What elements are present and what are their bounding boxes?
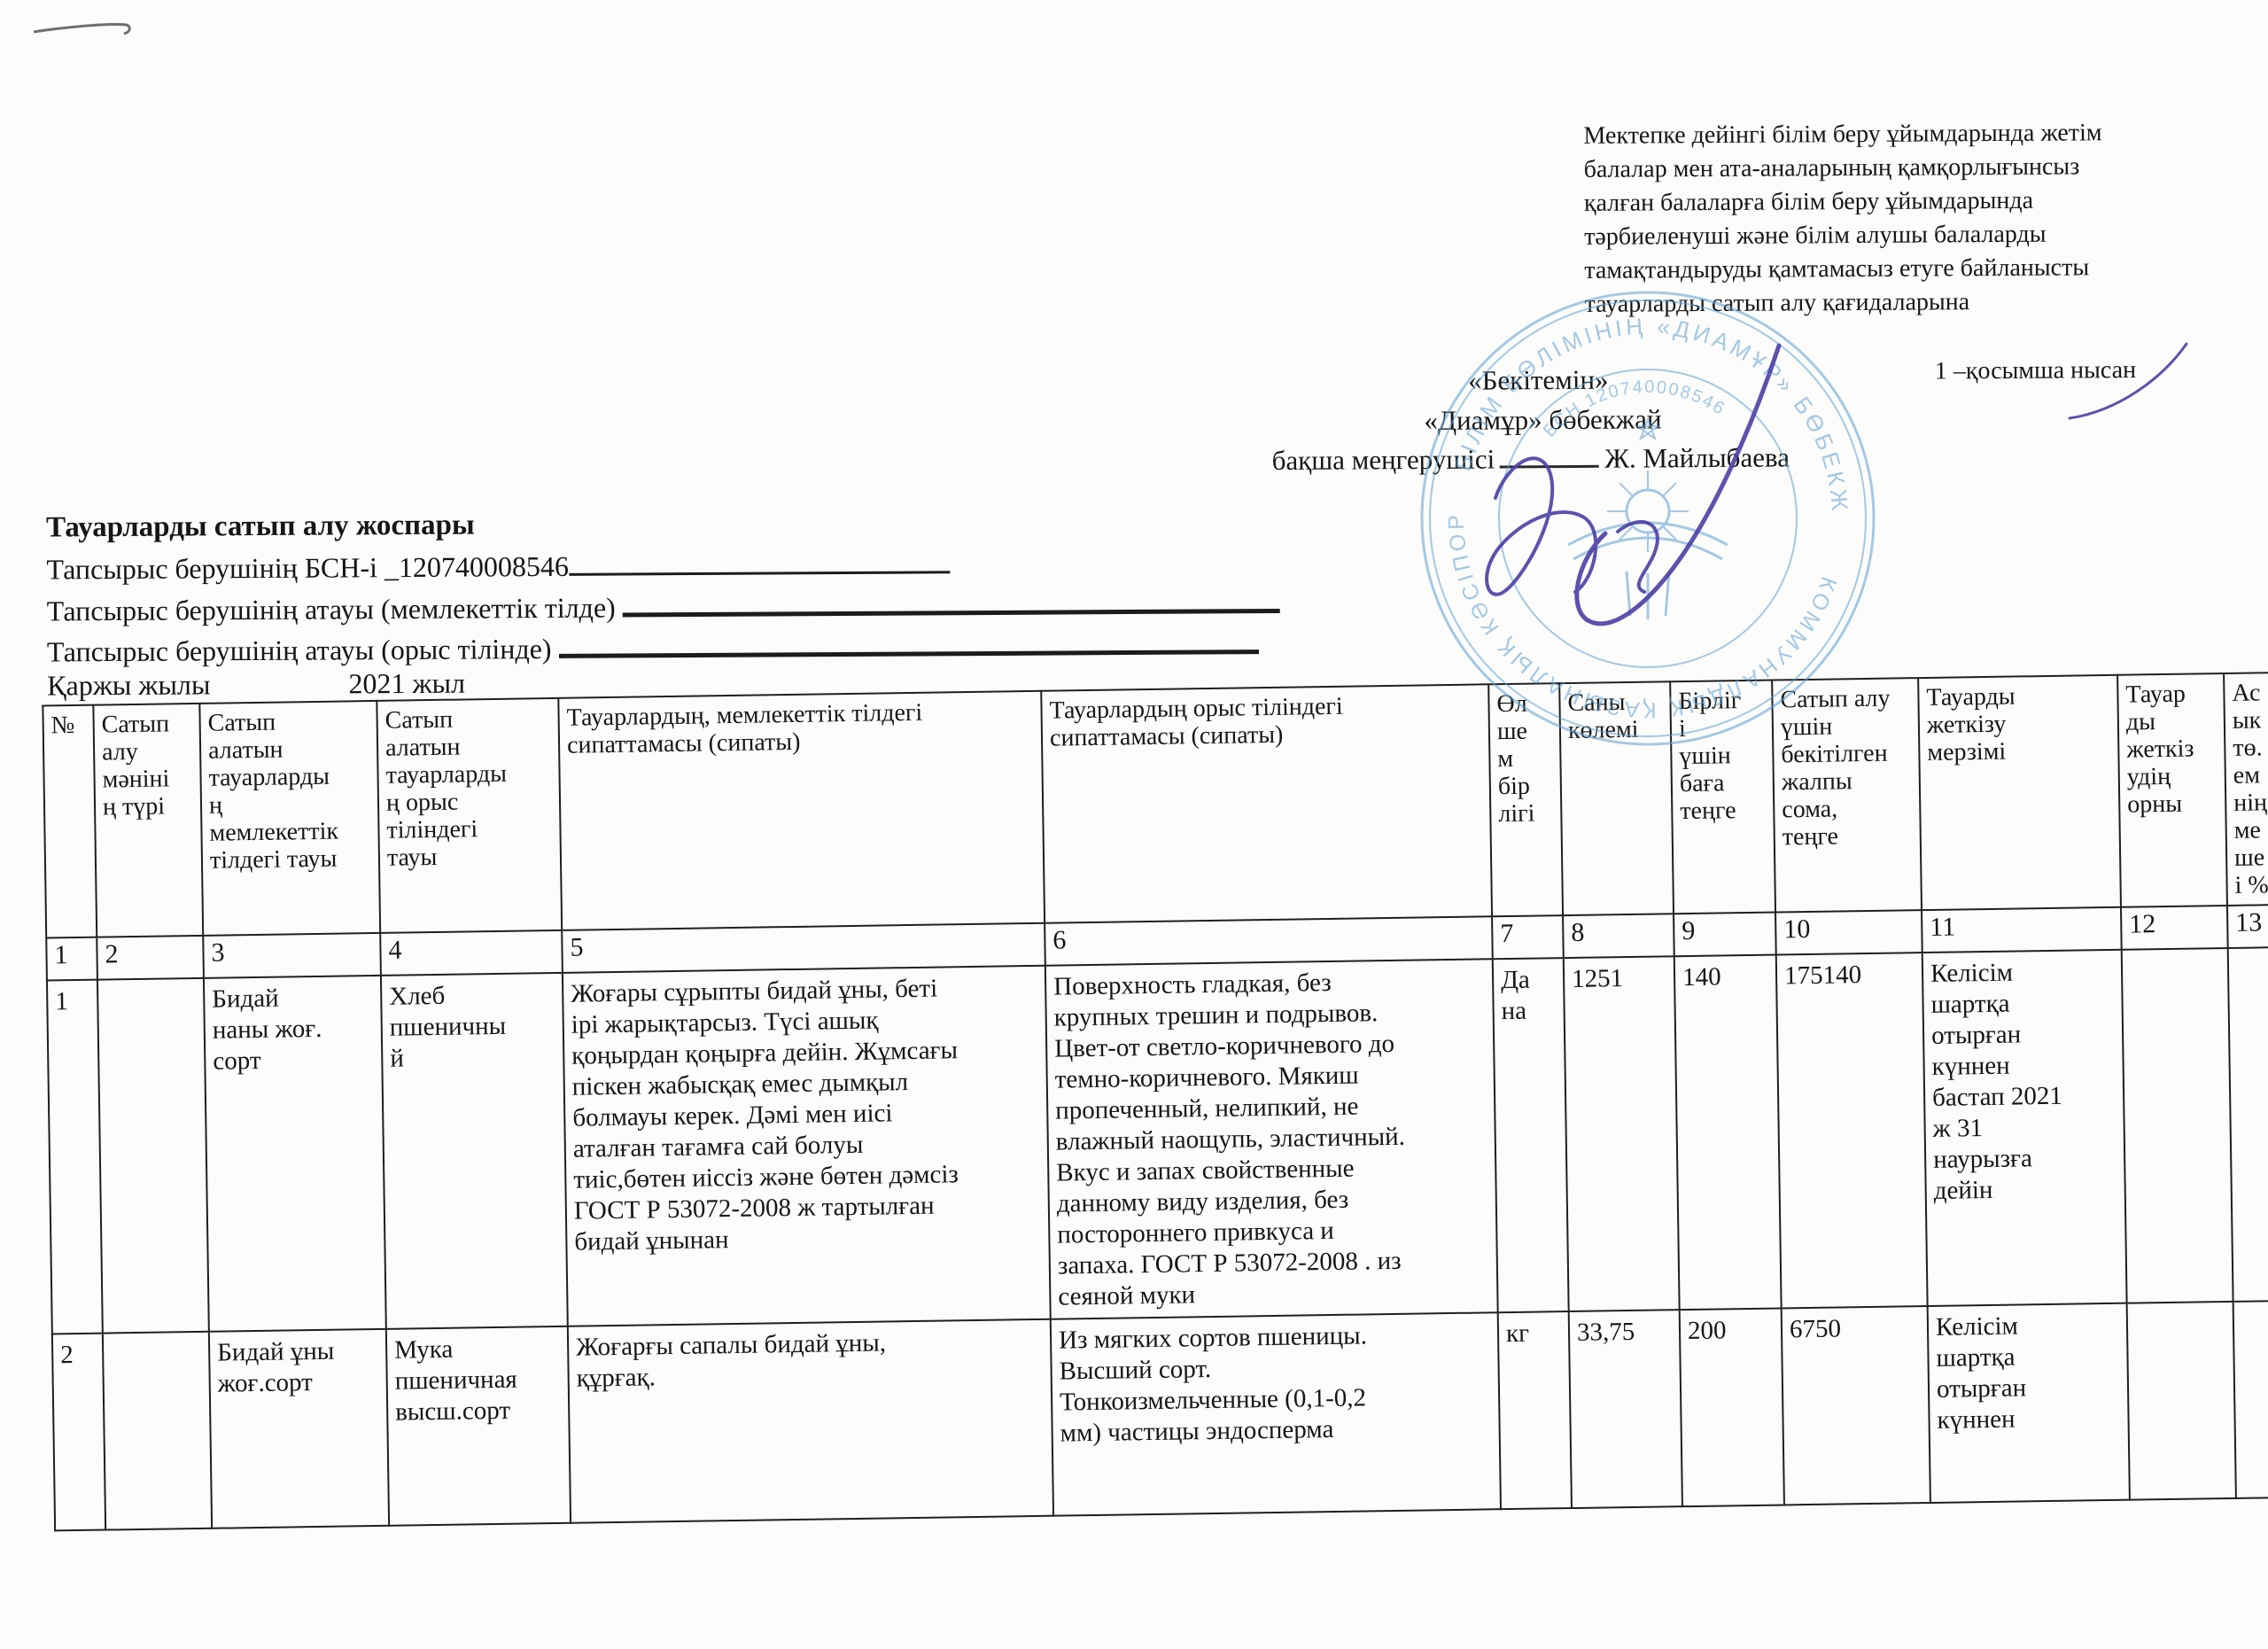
cell-description-kz: Жоғарғы сапалы бидай ұны, құрғақ. (568, 1319, 1053, 1523)
table-row: 1 Бидай наны жоғ. сорт Хлеб пшеничны й Ж… (47, 946, 2268, 1334)
customer-name-ru-label: Тапсырыс берушінің атауы (орыс тілінде) (47, 633, 552, 667)
cell-description-kz: Жоғары сұрыпты бидай ұны, беті ірі жарық… (563, 966, 1051, 1326)
cell-delivery-place (2122, 948, 2233, 1303)
table-header-row: № Сатып алу мәніні ң түрі Сатып алатын т… (43, 672, 2268, 938)
bsn-field: Тапсырыс берушінің БСН-і _120740008546 (46, 548, 950, 586)
bsn-label: Тапсырыс берушінің БСН-і (46, 551, 377, 585)
official-round-stamp: БІЛІМ БӨЛІМІНІҢ «ДИАМҰР» БӨБЕКЖАЙ КОММУН… (1409, 279, 1887, 758)
cell-advance (2228, 946, 2268, 1302)
customer-name-kz-field: Тапсырыс берушінің атауы (мемлекеттік ті… (47, 587, 1280, 627)
cell-delivery-term: Келісім шартқа отырған күннен бастап 202… (1922, 950, 2127, 1306)
svg-text:КОММУНАЛДЫҚ ҚАЗЫНАЛЫҚ КӘСІПОРН: КОММУНАЛДЫҚ ҚАЗЫНАЛЫҚ КӘСІПОРНЫ (1444, 511, 1887, 758)
cell-unit-price: 140 (1674, 955, 1782, 1311)
procurement-table: № Сатып алу мәніні ң түрі Сатып алатын т… (42, 671, 2268, 1532)
scanner-artifact-line (34, 25, 129, 34)
colnum: 6 (1045, 916, 1493, 965)
colnum: 13 (2227, 904, 2268, 948)
cell-unit-price: 200 (1680, 1308, 1784, 1506)
scanned-document-page: БІЛІМ БӨЛІМІНІҢ «ДИАМҰР» БӨБЕКЖАЙ КОММУН… (0, 0, 2268, 1649)
cell-goods-name-ru: Хлеб пшеничны й (381, 973, 568, 1329)
fiscal-year-field: Қаржы жылы 2021 жыл (47, 667, 465, 703)
header-delivery-place: Тауар ды жеткіз удің орны (2117, 673, 2227, 907)
cell-description-ru: Поверхность гладкая, без крупных трешин … (1045, 959, 1498, 1318)
cell-description-ru: Из мягких сортов пшеницы. Высший сорт. Т… (1051, 1312, 1501, 1515)
cell-advance (2233, 1300, 2268, 1498)
customer-name-ru-field: Тапсырыс берушінің атауы (орыс тілінде) (47, 627, 1259, 668)
fiscal-year-value: 2021 жыл (348, 667, 465, 700)
cell-no: 2 (52, 1334, 105, 1531)
colnum: 7 (1492, 915, 1564, 959)
colnum: 4 (380, 930, 563, 976)
bsn-value: _120740008546 (384, 550, 569, 583)
page-title: Тауарларды сатып алу жоспары (46, 509, 475, 545)
bsn-blank-line (569, 548, 950, 576)
cell-total-sum: 6750 (1782, 1306, 1930, 1505)
cell-quantity: 33,75 (1569, 1310, 1682, 1508)
header-goods-name-ru: Сатып алатын тауарларды ң орыс тіліндегі… (377, 698, 562, 933)
colnum: 3 (203, 933, 381, 978)
colnum: 9 (1674, 913, 1776, 957)
stamp-bsn-text: БСН 120740008546 (1540, 377, 1729, 441)
cell-goods-name-kz: Бидай ұны жоғ.сорт (209, 1329, 389, 1528)
cell-total-sum: 175140 (1776, 953, 1928, 1308)
colnum: 10 (1775, 910, 1922, 954)
header-delivery-term: Тауарды жеткізу мерзімі (1918, 675, 2121, 910)
customer-name-kz-label: Тапсырыс берушінің атауы (мемлекеттік ті… (47, 592, 616, 627)
header-description-kz: Тауарлардың, мемлекеттік тілдегі сипатта… (558, 691, 1045, 930)
header-advance-percent: Ас ык тө. ем нің ме ше і % (2224, 672, 2268, 906)
header-procurement-type: Сатып алу мәніні ң түрі (93, 704, 203, 937)
stamp-outer-ring (1422, 292, 1874, 744)
stamp-emblem (1568, 419, 1728, 619)
cell-delivery-place (2127, 1302, 2236, 1500)
colnum: 11 (1922, 907, 2122, 953)
cell-unit: кг (1498, 1311, 1572, 1509)
cell-quantity: 1251 (1564, 956, 1680, 1311)
cell-procurement-type (97, 978, 209, 1334)
cell-goods-name-ru: Мука пшеничная высш.сорт (386, 1326, 571, 1526)
header-goods-name-kz: Сатып алатын тауарларды ң мемлекеттік ті… (199, 701, 380, 936)
svg-text:БСН 120740008546: БСН 120740008546 (1540, 377, 1729, 441)
cell-goods-name-kz: Бидай наны жоғ. сорт (204, 976, 386, 1332)
colnum: 12 (2121, 906, 2228, 950)
customer-name-kz-blank-line (623, 587, 1280, 617)
table-row: 2 Бидай ұны жоғ.сорт Мука пшеничная высш… (52, 1300, 2268, 1531)
procurement-table-wrap: № Сатып алу мәніні ң түрі Сатып алатын т… (42, 671, 2268, 1532)
colnum: 1 (46, 937, 97, 981)
stamp-ring-text-bottom: КОММУНАЛДЫҚ ҚАЗЫНАЛЫҚ КӘСІПОРНЫ (1444, 511, 1887, 758)
cell-unit: Да на (1493, 958, 1569, 1312)
colnum: 2 (97, 936, 204, 980)
customer-name-ru-blank-line (558, 627, 1258, 658)
cell-delivery-term: Келісім шартқа отырған күннен (1928, 1303, 2130, 1503)
cell-no: 1 (47, 980, 103, 1334)
colnum: 5 (562, 923, 1045, 973)
cell-procurement-type (103, 1332, 212, 1530)
colnum: 8 (1563, 914, 1674, 958)
header-no: № (43, 705, 97, 938)
stamp-inner-ring (1499, 369, 1797, 667)
fiscal-year-label: Қаржы жылы (47, 668, 210, 701)
